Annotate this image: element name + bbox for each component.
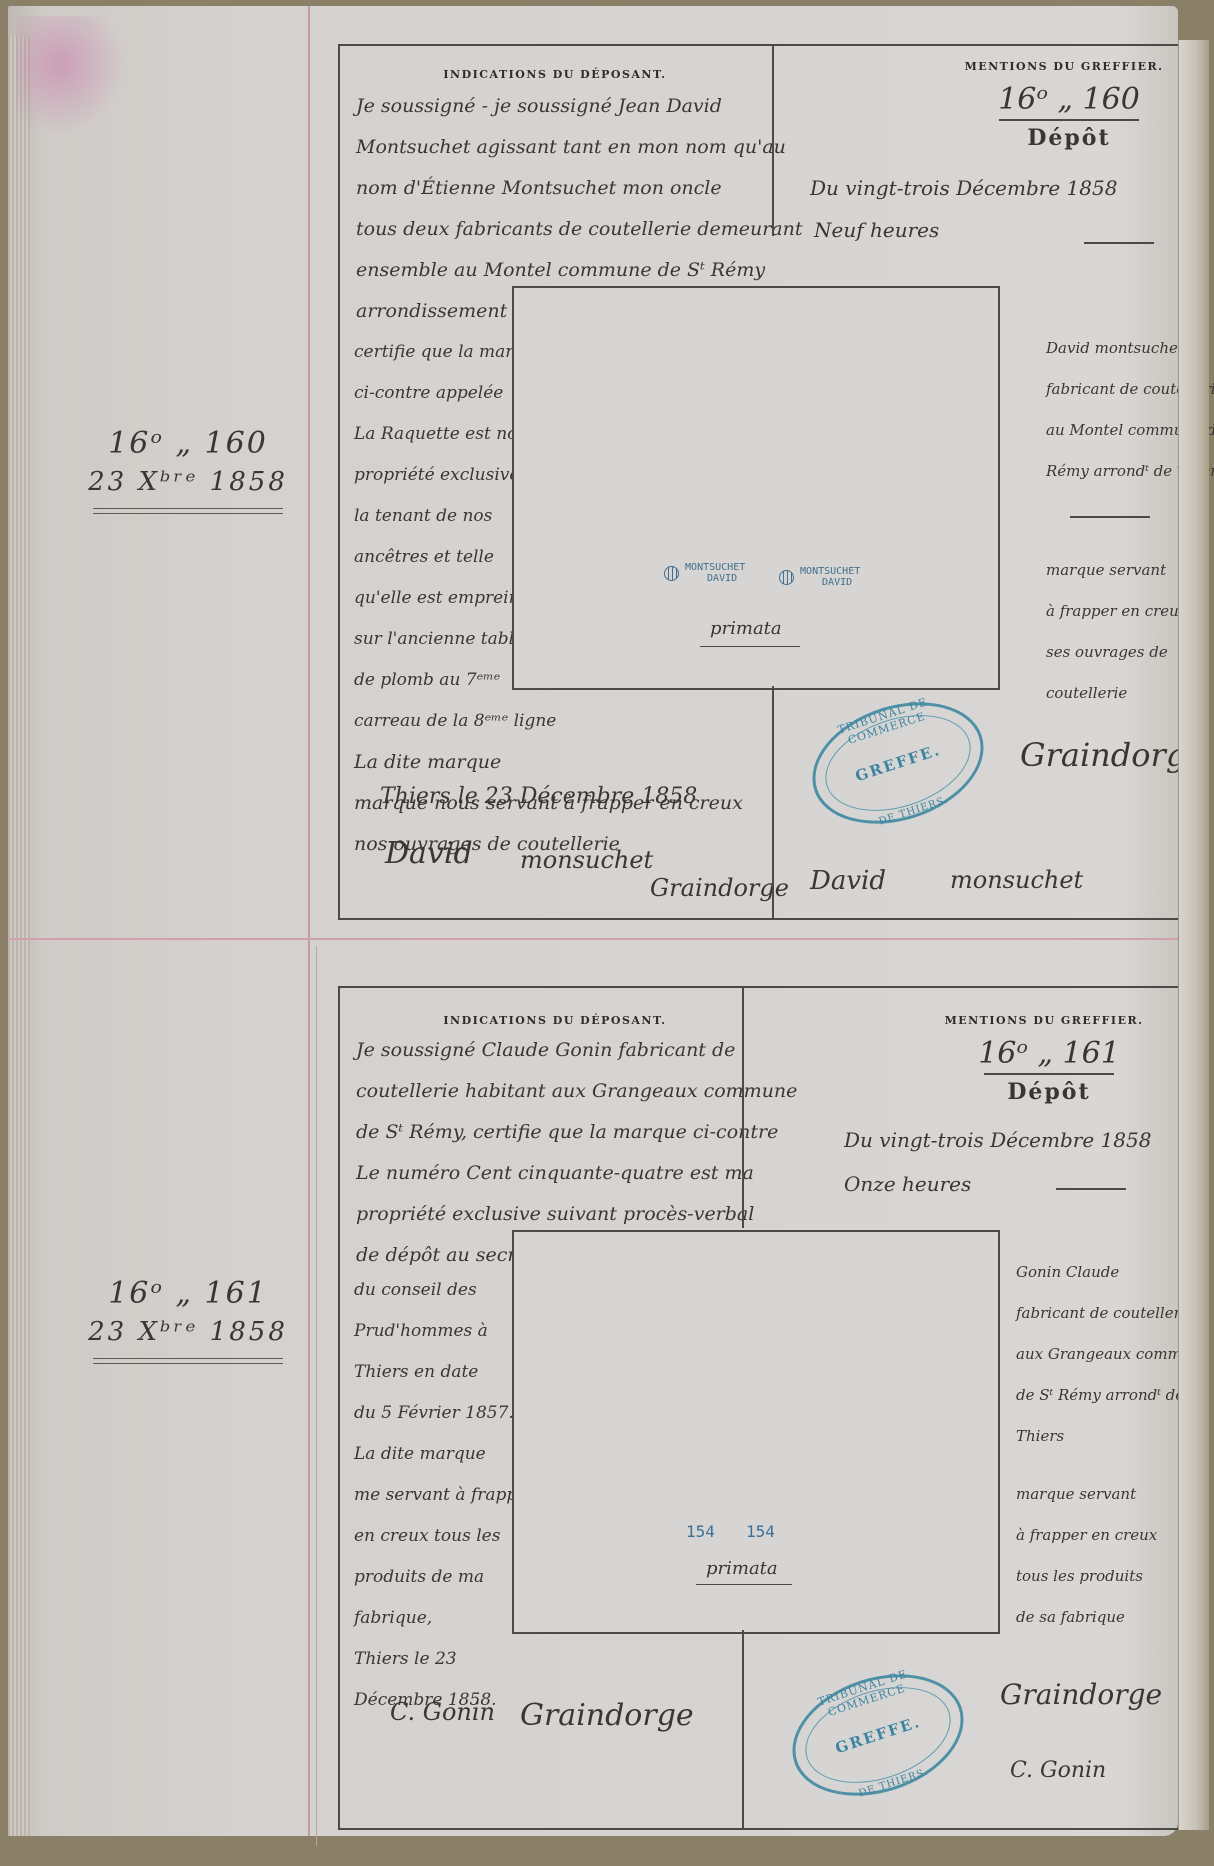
greffier-number-block: 16ᵒ „ 161 Dépôt [934,1036,1164,1105]
primata-underline [696,1584,792,1585]
stamp-line-1: MONTSUCHET [685,562,745,573]
greffier-mark-notes: marque servant à frapper en creux tous l… [1016,1474,1157,1638]
text-line: Thiers [1016,1416,1194,1457]
text-line: à frapper en creux [1016,1515,1157,1556]
text-line: ensemble au Montel commune de Sᵗ Rémy [356,250,802,291]
text-line: Thiers le 23 [354,1639,535,1680]
stamp-line-1: MONTSUCHET [800,566,860,577]
signature-monsuchet: monsuchet [520,846,653,874]
greffier-signature-gonin: C. Gonin [1010,1758,1106,1783]
index-entry-161: 16ᵒ „ 161 23 Xᵇʳᵉ 1858 [78,1274,298,1364]
greffier-column: Mentions du greffier. 16ᵒ „ 160 Dépôt Du… [772,46,1187,236]
double-underline [93,1358,283,1364]
tribunal-greffe-stamp: TRIBUNAL DE COMMERCE GREFFE. DE THIERS. [777,1654,980,1817]
register-entry-160: Indications du déposant. Je soussigné - … [338,44,1187,920]
text-line: Gonin Claude [1016,1252,1194,1293]
text-line: coutellerie habitant aux Grangeaux commu… [356,1071,797,1112]
text-line: Le numéro Cent cinquante-quatre est ma [356,1153,797,1194]
text-line: à frapper en creux [1046,591,1187,632]
text-line: Montsuchet agissant tant en mon nom qu'a… [356,127,802,168]
stamp-line-2: DAVID [685,573,737,584]
trademark-box: MONTSUCHET DAVID MONTSUCHET DAVID primat… [512,286,1000,690]
text-line: tous deux fabricants de coutellerie deme… [356,209,802,250]
greffier-signature: Graindorge [1000,1678,1162,1711]
text-line: Prud'hommes à [354,1311,535,1352]
text-line: propriété exclusive suivant procès-verba… [356,1194,797,1235]
deposant-header: Indications du déposant. [340,1014,770,1027]
margin-rule-vertical-secondary [316,946,317,1846]
text-line: Thiers en date [354,1352,535,1393]
primata-label: primata [710,618,782,639]
double-underline [93,508,283,514]
greffier-signature-monsuchet: monsuchet [950,866,1083,894]
tribunal-greffe-stamp: TRIBUNAL DE COMMERCE GREFFE. DE THIERS. [797,682,1000,845]
depot-label: Dépôt [934,1079,1164,1105]
greffier-header: Mentions du greffier. [904,1014,1184,1027]
racket-icon [664,566,679,581]
place-date: Thiers le 23 Décembre 1858 [380,784,697,809]
greffier-time: Onze heures [844,1172,971,1196]
text-line: tous les produits [1016,1556,1157,1597]
index-date: 23 Xᵇʳᵉ 1858 [78,1314,298,1350]
register-entry-161: Indications du déposant. Je soussigné Cl… [338,986,1187,1830]
index-date: 23 Xᵇʳᵉ 1858 [78,464,298,500]
deposant-header: Indications du déposant. [340,68,770,81]
pink-ink-smudge [16,16,126,136]
greffier-number: 16ᵒ „ 161 [934,1036,1164,1071]
text-line: du 5 Février 1857. [354,1393,535,1434]
registrar-signature: Graindorge [650,874,789,902]
greffier-mark-notes: marque servant à frapper en creux ses ou… [1046,550,1187,714]
trademark-box: 154 154 primata [512,1230,1000,1634]
column-divider [772,686,774,918]
margin-rule-vertical [308,6,310,1836]
page-stack-edge [8,36,30,1836]
short-rule [1084,242,1154,244]
signature-gonin: C. Gonin [390,1698,495,1726]
index-number: 16ᵒ „ 160 [78,424,298,464]
number-underline [984,1073,1114,1075]
primata-label: primata [706,1558,778,1579]
text-line: Je soussigné - je soussigné Jean David [356,86,802,127]
text-line: me servant à frapper [354,1475,535,1516]
deposant-side-text: du conseil des Prud'hommes à Thiers en d… [354,1270,535,1721]
entry-separator-rule [8,938,1178,940]
greffier-number: 16ᵒ „ 160 [954,82,1184,117]
text-line: Je soussigné Claude Gonin fabricant de [356,1030,797,1071]
text-line: nom d'Étienne Montsuchet mon oncle [356,168,802,209]
typed-number-2: 154 [746,1522,775,1541]
register-page: 16ᵒ „ 160 23 Xᵇʳᵉ 1858 16ᵒ „ 161 23 Xᵇʳᵉ… [8,6,1178,1836]
index-number: 16ᵒ „ 161 [78,1274,298,1314]
text-line: La dite marque [354,742,743,783]
text-line: produits de ma [354,1557,535,1598]
greffier-number-block: 16ᵒ „ 160 Dépôt [954,82,1184,151]
racket-icon [779,570,794,585]
next-page-edge [1178,40,1209,1830]
index-entry-160: 16ᵒ „ 160 23 Xᵇʳᵉ 1858 [78,424,298,514]
typed-number-1: 154 [686,1522,715,1541]
greffier-signature-david: David [810,866,886,896]
short-rule [1056,1188,1126,1190]
maker-stamp-1: MONTSUCHET DAVID [664,562,745,584]
greffier-column: Mentions du greffier. 16ᵒ „ 161 Dépôt Du… [742,988,1187,1228]
greffier-holder-notes: Gonin Claude fabricant de coutellerie au… [1016,1252,1194,1457]
greffier-date: Du vingt-trois Décembre 1858 [844,1128,1151,1152]
number-underline [999,119,1139,121]
text-line: carreau de la 8ᵉᵐᵉ ligne [354,701,556,742]
greffier-date: Du vingt-trois Décembre 1858 [810,176,1117,200]
registrar-signature: Graindorge [520,1698,694,1733]
primata-underline [700,646,800,647]
text-line: ses ouvrages de [1046,632,1187,673]
text-line: du conseil des [354,1270,535,1311]
text-line: aux Grangeaux commᵉ [1016,1334,1194,1375]
text-line: de Sᵗ Rémy, certifie que la marque ci-co… [356,1112,797,1153]
depot-label: Dépôt [954,125,1184,151]
text-line: fabrique, [354,1598,535,1639]
greffier-header: Mentions du greffier. [944,60,1184,73]
text-line: marque servant [1046,550,1187,591]
text-line: coutellerie [1046,673,1187,714]
short-rule [1070,516,1150,518]
maker-stamp-2: MONTSUCHET DAVID [779,566,860,588]
text-line: en creux tous les [354,1516,535,1557]
column-divider [742,1630,744,1828]
signature-david: David [385,836,473,871]
text-line: fabricant de coutellerie [1016,1293,1194,1334]
text-line: La dite marque [354,1434,535,1475]
text-line: de Sᵗ Rémy arrondᵗ de [1016,1375,1194,1416]
text-line: marque servant [1016,1474,1157,1515]
greffier-time: Neuf heures [814,218,939,242]
text-line: de sa fabrique [1016,1597,1157,1638]
stamp-line-2: DAVID [800,577,852,588]
